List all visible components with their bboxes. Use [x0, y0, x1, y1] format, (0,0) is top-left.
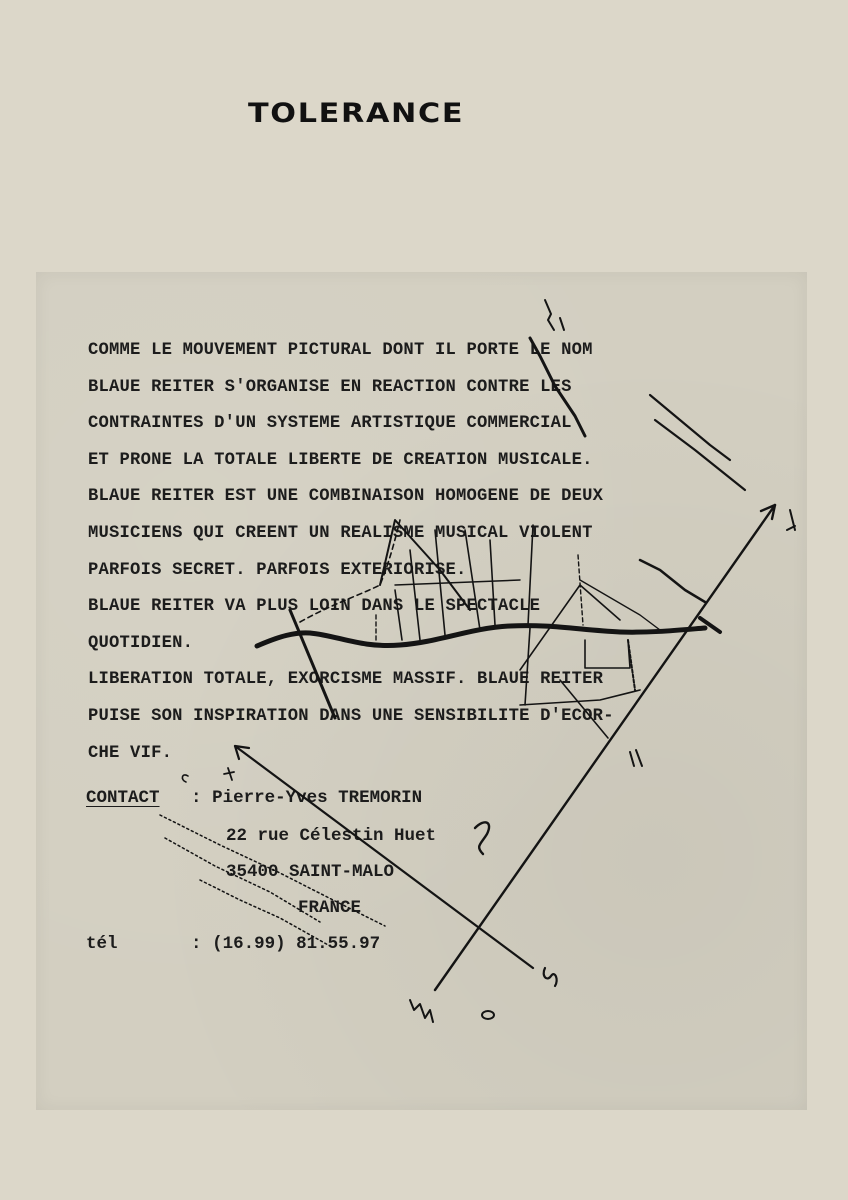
letter-line: PUISE SON INSPIRATION DANS UNE SENSIBILI… [88, 699, 614, 736]
page-title: TOLERANCE [248, 98, 464, 129]
contact-country: FRANCE [298, 898, 361, 918]
phone-separator: : [191, 934, 202, 954]
contact-name-line: CONTACT : Pierre-Yves TREMORIN [86, 788, 422, 808]
letter-body: COMME LE MOUVEMENT PICTURAL DONT IL PORT… [88, 333, 614, 772]
letter-line: ET PRONE LA TOTALE LIBERTE DE CREATION M… [88, 443, 614, 480]
letter-line: CONTRAINTES D'UN SYSTEME ARTISTIQUE COMM… [88, 406, 614, 443]
contact-name: Pierre-Yves TREMORIN [212, 788, 422, 808]
contact-separator: : [191, 788, 202, 808]
letter-line: LIBERATION TOTALE, EXORCISME MASSIF. BLA… [88, 662, 614, 699]
letter-line: BLAUE REITER S'ORGANISE EN REACTION CONT… [88, 370, 614, 407]
contact-street: 22 rue Célestin Huet [226, 826, 436, 846]
letter-line: CHE VIF. [88, 736, 614, 773]
letter-line: BLAUE REITER EST UNE COMBINAISON HOMOGEN… [88, 479, 614, 516]
phone-label: tél [86, 934, 118, 954]
contact-phone-line: tél : (16.99) 81.55.97 [86, 934, 380, 954]
letter-line: PARFOIS SECRET. PARFOIS EXTERIORISE. [88, 553, 614, 590]
letter-line: COMME LE MOUVEMENT PICTURAL DONT IL PORT… [88, 333, 614, 370]
contact-label: CONTACT [86, 788, 160, 808]
letter-line: BLAUE REITER VA PLUS LOIN DANS LE SPECTA… [88, 589, 614, 626]
letter-line: MUSICIENS QUI CREENT UN REALISME MUSICAL… [88, 516, 614, 553]
contact-city: 35400 SAINT-MALO [226, 862, 394, 882]
phone-number: (16.99) 81.55.97 [212, 934, 380, 954]
letter-line: QUOTIDIEN. [88, 626, 614, 663]
